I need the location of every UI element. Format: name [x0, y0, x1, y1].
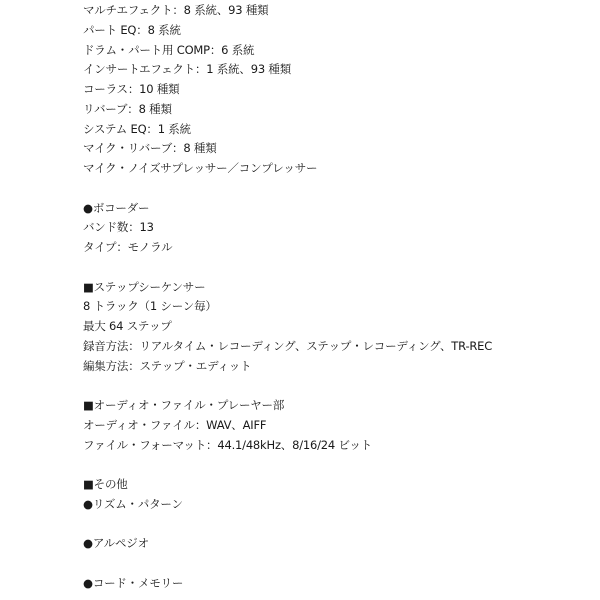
audio-player-section: ■オーディオ・ファイル・プレーヤー部 オーディオ・ファイル：WAV、AIFF フ… [83, 396, 583, 455]
spec-line-tracks: 8 トラック（1 シーン毎） [83, 297, 583, 317]
spacer [83, 455, 583, 475]
spec-line-insert-effect: インサートエフェクト：1 系統、93 種類 [83, 60, 583, 80]
other-section: ■その他 ●リズム・パターン ●アルペジオ ●コード・メモリー [83, 475, 583, 594]
spacer [83, 554, 583, 574]
spec-line-mic-reverb: マイク・リバーブ：8 種類 [83, 139, 583, 159]
effects-section: マルチエフェクト：8 系統、93 種類 パート EQ：8 系統 ドラム・パート用… [83, 1, 583, 179]
spec-document: マルチエフェクト：8 系統、93 種類 パート EQ：8 系統 ドラム・パート用… [83, 1, 583, 594]
vocoder-section: ●ボコーダー バンド数：13 タイプ：モノラル [83, 199, 583, 258]
spec-line-chorus: コーラス：10 種類 [83, 80, 583, 100]
other-item-rhythm-pattern: ●リズム・パターン [83, 495, 583, 515]
spec-line-audio-file: オーディオ・ファイル：WAV、AIFF [83, 416, 583, 436]
section-heading-vocoder: ●ボコーダー [83, 199, 583, 219]
spec-line-edit-method: 編集方法：ステップ・エディット [83, 357, 583, 377]
spec-line-type: タイプ：モノラル [83, 238, 583, 258]
spec-line-drum-comp: ドラム・パート用 COMP：6 系統 [83, 41, 583, 61]
section-heading-other: ■その他 [83, 475, 583, 495]
spec-line-bands: バンド数：13 [83, 218, 583, 238]
step-sequencer-section: ■ステップシーケンサー 8 トラック（1 シーン毎） 最大 64 ステップ 録音… [83, 278, 583, 377]
spec-line-multi-effect: マルチエフェクト：8 系統、93 種類 [83, 1, 583, 21]
spec-line-reverb: リバーブ：8 種類 [83, 100, 583, 120]
spec-line-recording-method: 録音方法：リアルタイム・レコーディング、ステップ・レコーディング、TR-REC [83, 337, 583, 357]
spec-line-mic-noise-suppressor: マイク・ノイズサプレッサー／コンプレッサー [83, 159, 583, 179]
section-heading-audio-player: ■オーディオ・ファイル・プレーヤー部 [83, 396, 583, 416]
other-item-chord-memory: ●コード・メモリー [83, 574, 583, 594]
section-heading-step-sequencer: ■ステップシーケンサー [83, 278, 583, 298]
spec-line-max-steps: 最大 64 ステップ [83, 317, 583, 337]
other-item-arpeggio: ●アルペジオ [83, 534, 583, 554]
spacer [83, 376, 583, 396]
spec-line-system-eq: システム EQ：1 系統 [83, 120, 583, 140]
spec-line-part-eq: パート EQ：8 系統 [83, 21, 583, 41]
spacer [83, 179, 583, 199]
spec-line-file-format: ファイル・フォーマット：44.1/48kHz、8/16/24 ビット [83, 436, 583, 456]
spacer [83, 258, 583, 278]
spacer [83, 515, 583, 535]
